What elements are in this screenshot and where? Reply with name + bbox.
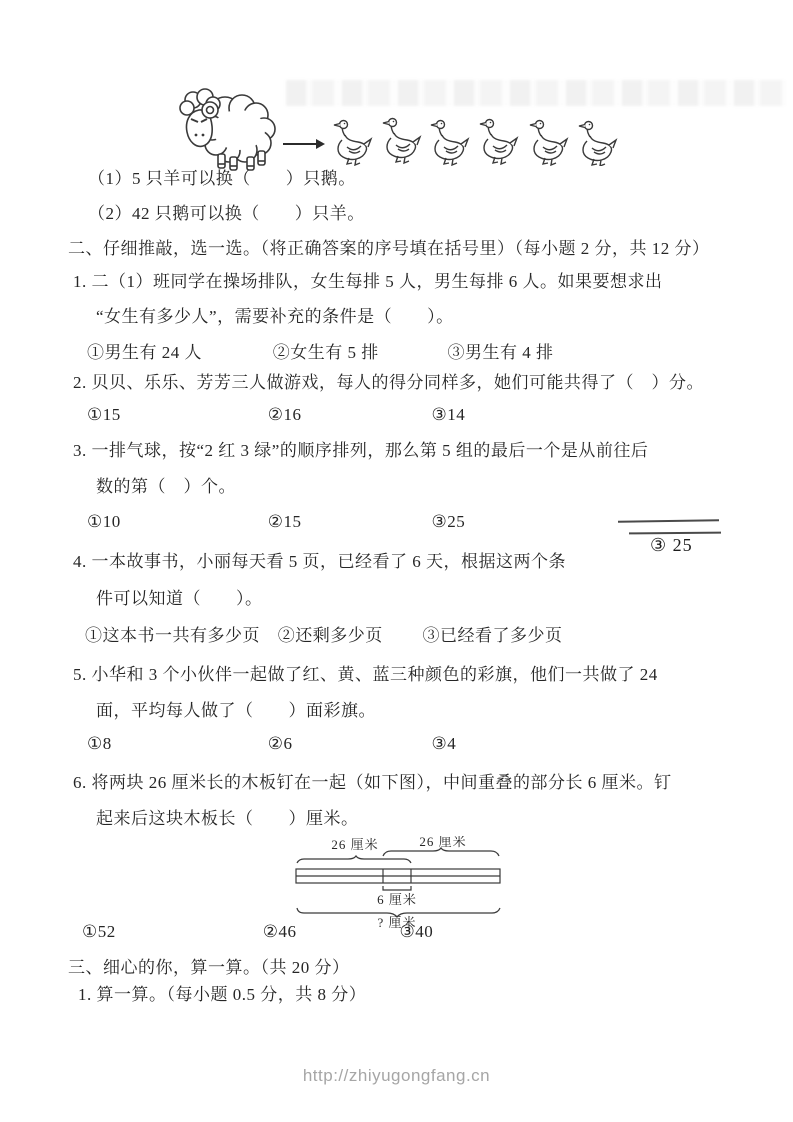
option: ②女生有 5 排 <box>273 338 443 363</box>
option: ③40 <box>400 922 434 942</box>
options-row-q6: ①52 ②46 ③40 <box>82 922 433 942</box>
fill-question-2: （2）42 只鹅可以换（ ）只羊。 <box>88 203 365 225</box>
question-line: 3. 一排气球，按“2 红 3 绿”的顺序排列，那么第 5 组的最后一个是从前往… <box>73 440 648 462</box>
option: ②15 <box>268 512 427 532</box>
option: ①这本书一共有多少页 <box>85 621 273 646</box>
option: ③4 <box>432 734 457 754</box>
options-row-q5: ①8 ②6 ③4 <box>87 734 456 754</box>
option: ②46 <box>263 922 395 942</box>
note-line <box>629 532 721 535</box>
question-line: 起来后这块木板长（ ）厘米。 <box>96 808 359 830</box>
board-diagram: 26 厘米 26 厘米 6 厘米 ? 厘米 <box>293 836 505 928</box>
worksheet-page: （1）5 只羊可以换（ ）只鹅。 （2）42 只鹅可以换（ ）只羊。 二、仔细推… <box>0 0 793 1122</box>
diagram-label-right-board: 26 厘米 <box>419 836 466 849</box>
watermark-band <box>286 80 786 106</box>
option: ①10 <box>87 512 263 532</box>
question-line: “女生有多少人”，需要补充的条件是（ ）。 <box>96 306 454 328</box>
option: ①15 <box>87 405 263 425</box>
fill-question-1: （1）5 只羊可以换（ ）只鹅。 <box>88 168 356 190</box>
question-line: 6. 将两块 26 厘米长的木板钉在一起（如下图），中间重叠的部分长 6 厘米。… <box>73 772 672 794</box>
question-line: 1. 二（1）班同学在操场排队，女生每排 5 人，男生每排 6 人。如果要想求出 <box>73 271 663 293</box>
option: ②16 <box>268 405 427 425</box>
options-row-q2: ①15 ②16 ③14 <box>87 405 465 425</box>
diagram-label-left-board: 26 厘米 <box>331 837 378 852</box>
section-three-title: 三、细心的你，算一算。（共 20 分） <box>68 957 350 979</box>
option: ③已经看了多少页 <box>423 621 563 646</box>
options-row-q3: ①10 ②15 ③25 <box>87 512 465 532</box>
question-line: 面，平均每人做了（ ）面彩旗。 <box>96 700 376 722</box>
option: ③14 <box>432 405 466 425</box>
option: ①8 <box>87 734 263 754</box>
option: ①男生有 24 人 <box>87 338 268 363</box>
arrow-icon <box>283 136 325 152</box>
option: ③25 <box>432 512 466 532</box>
note-line <box>618 519 719 522</box>
sheep-icon <box>163 86 281 174</box>
diagram-label-overlap: 6 厘米 <box>377 892 417 907</box>
geese-row <box>330 116 630 166</box>
handwritten-answer-note: ③ 25 <box>650 535 693 556</box>
option: ②6 <box>268 734 427 754</box>
question-line: 5. 小华和 3 个小伙伴一起做了红、黄、蓝三种颜色的彩旗，他们一共做了 24 <box>73 664 658 686</box>
section-three-subitem: 1. 算一算。（每小题 0.5 分，共 8 分） <box>78 984 366 1006</box>
options-row-q4: ①这本书一共有多少页 ②还剩多少页 ③已经看了多少页 <box>85 621 563 646</box>
option: ③男生有 4 排 <box>448 338 554 363</box>
option: ①52 <box>82 922 258 942</box>
options-row-q1: ①男生有 24 人 ②女生有 5 排 ③男生有 4 排 <box>87 338 554 363</box>
question-line: 2. 贝贝、乐乐、芳芳三人做游戏，每人的得分同样多，她们可能共得了（ ）分。 <box>73 372 704 394</box>
footer-url: http://zhiyugongfang.cn <box>0 1066 793 1086</box>
question-line: 件可以知道（ ）。 <box>96 588 263 610</box>
section-two-title: 二、仔细推敲，选一选。（将正确答案的序号填在括号里）（每小题 2 分，共 12 … <box>68 238 710 260</box>
question-line: 数的第（ ）个。 <box>96 476 236 498</box>
question-line: 4. 一本故事书，小丽每天看 5 页，已经看了 6 天，根据这两个条 <box>73 551 566 573</box>
option: ②还剩多少页 <box>278 621 418 646</box>
